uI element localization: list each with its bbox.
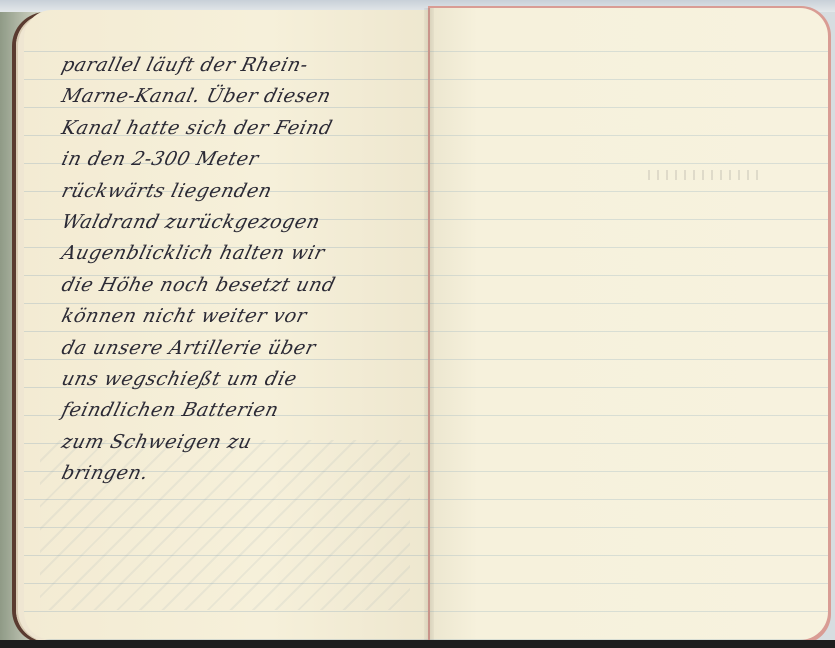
scanner-background-bottom <box>0 640 835 648</box>
text-line: Kanal hatte sich der Feind <box>58 113 426 144</box>
handwritten-text: parallel läuft der Rhein- Marne-Kanal. Ü… <box>58 50 418 489</box>
text-line: Augenblicklich halten wir <box>58 238 426 269</box>
text-line: parallel läuft der Rhein- <box>58 50 426 81</box>
text-line: in den 2-300 Meter <box>58 144 426 175</box>
text-line: uns wegschießt um die <box>58 364 426 395</box>
text-line: Marne-Kanal. Über diesen <box>58 81 426 112</box>
text-line: zum Schweigen zu <box>58 427 426 458</box>
text-line: rückwärts liegenden <box>58 176 426 207</box>
right-page-blank <box>430 8 828 640</box>
text-line: feindlichen Batterien <box>58 395 426 426</box>
text-line: bringen. <box>58 458 426 489</box>
text-line: können nicht weiter vor <box>58 301 426 332</box>
text-line: da unsere Artillerie über <box>58 333 426 364</box>
center-gutter <box>424 8 434 642</box>
text-line: die Höhe noch besetzt und <box>58 270 426 301</box>
faint-pencil-marks <box>648 170 758 180</box>
text-line: Waldrand zurückgezogen <box>58 207 426 238</box>
